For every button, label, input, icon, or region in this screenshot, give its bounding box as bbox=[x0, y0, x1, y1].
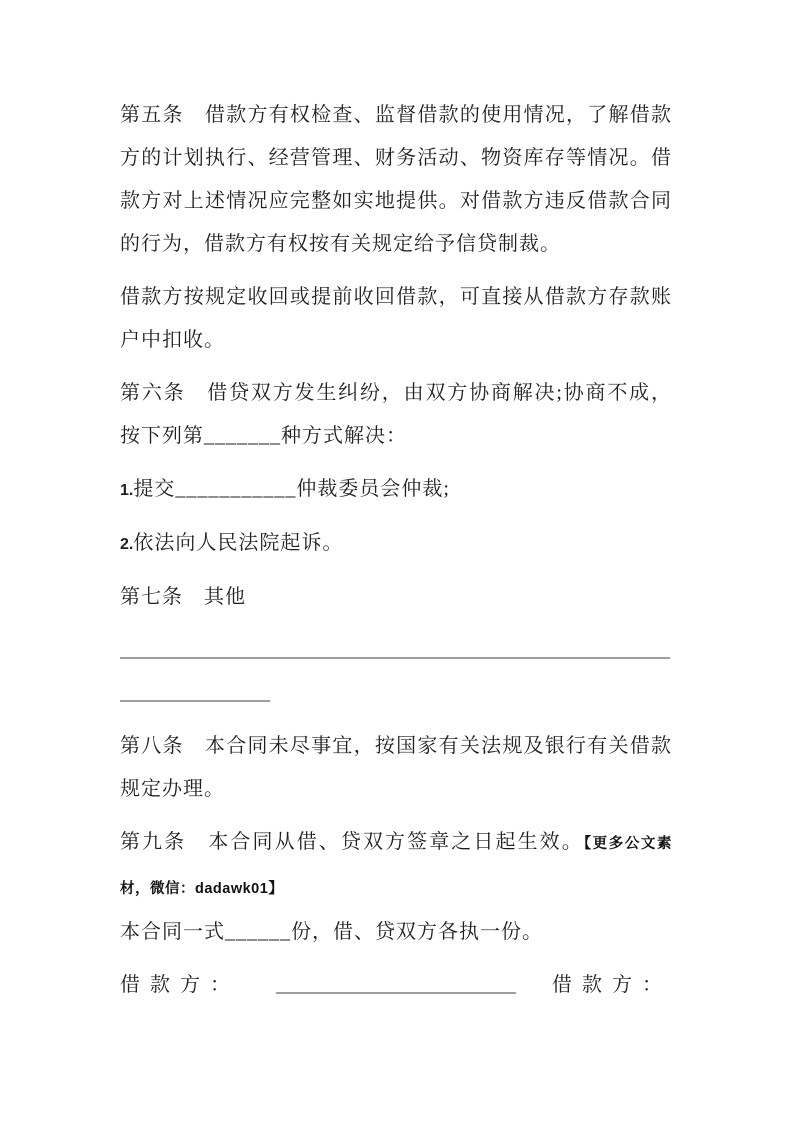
article-9-paragraph: 第九条 本合同从借、贷双方签章之日起生效。【更多公文素材，微信：dadawk01… bbox=[120, 821, 672, 911]
contract-page: 第五条 借款方有权检查、监督借款的使用情况，了解借款方的计划执行、经营管理、财务… bbox=[0, 0, 793, 1007]
option-1-number: 1. bbox=[120, 482, 133, 499]
article-5-paragraph: 第五条 借款方有权检查、监督借款的使用情况，了解借款方的计划执行、经营管理、财务… bbox=[120, 94, 672, 266]
article-7-heading: 第七条 其他 bbox=[120, 576, 672, 619]
article-9-text: 第九条 本合同从借、贷双方签章之日起生效。 bbox=[120, 831, 584, 853]
borrower-label-right: 借款方： bbox=[552, 964, 672, 1007]
dispute-option-1: 1.提交___________仲裁委员会仲裁; bbox=[120, 468, 672, 512]
option-2-text: 依法向人民法院起诉。 bbox=[133, 532, 343, 554]
fill-in-blank-line-1: ________________________________________… bbox=[120, 629, 672, 672]
option-1-text: 提交___________仲裁委员会仲裁; bbox=[133, 478, 450, 500]
signature-row: 借款方： ________________________ 借款方： bbox=[120, 964, 672, 1007]
dispute-option-2: 2.依法向人民法院起诉。 bbox=[120, 522, 672, 566]
article-8-paragraph: 第八条 本合同未尽事宜，按国家有关法规及银行有关借款规定办理。 bbox=[120, 725, 672, 811]
fill-in-blank-line-2: _______________ bbox=[120, 672, 672, 715]
repayment-clause-paragraph: 借款方按规定收回或提前收回借款，可直接从借款方存款账户中扣收。 bbox=[120, 276, 672, 362]
copies-clause-paragraph: 本合同一式______份，借、贷双方各执一份。 bbox=[120, 911, 672, 954]
borrower-label-left: 借款方： bbox=[120, 964, 240, 1007]
option-2-number: 2. bbox=[120, 536, 133, 553]
fill-in-blank-block: ________________________________________… bbox=[120, 629, 672, 715]
article-6-paragraph: 第六条 借贷双方发生纠纷，由双方协商解决;协商不成，按下列第_______种方式… bbox=[120, 372, 672, 458]
signature-blank-line: ________________________ bbox=[276, 964, 516, 1007]
